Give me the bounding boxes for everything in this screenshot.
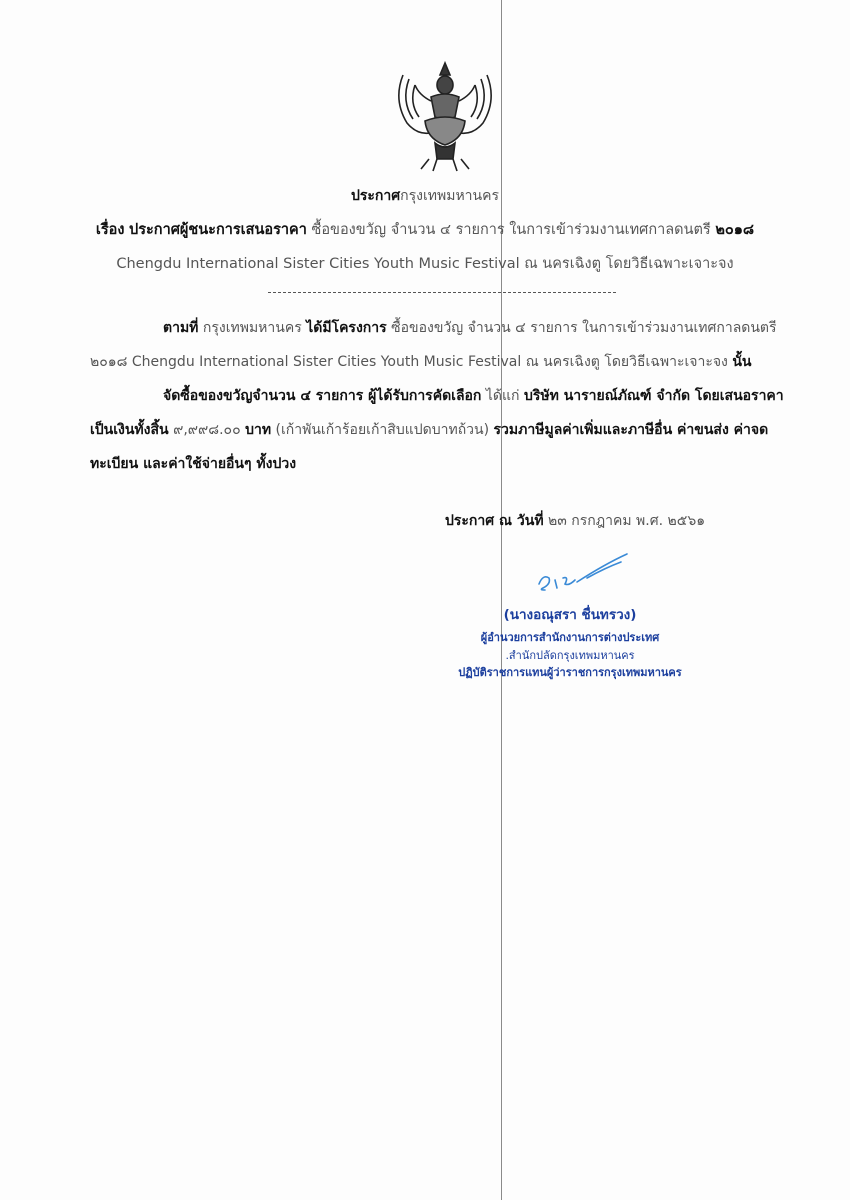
- currency-label: บาท: [245, 422, 271, 438]
- date-label: ประกาศ ณ วันที่: [445, 513, 544, 529]
- date-value: ๒๓ กรกฎาคม พ.ศ. ๒๕๖๑: [548, 513, 705, 529]
- subject-year: ๒๐๑๘: [715, 222, 754, 238]
- subject-line-2-text: Chengdu International Sister Cities Yout…: [116, 256, 733, 272]
- signatory-position-3: ปฏิบัติราชการแทนผู้ว่าราชการกรุงเทพมหานค…: [420, 663, 720, 681]
- body-text-bold: ทะเบียน และค่าใช้จ่ายอื่นๆ ทั้งปวง: [90, 456, 296, 472]
- dashed-divider: [268, 292, 616, 293]
- signatory-position-2: .สำนักปลัดกรุงเทพมหานคร: [420, 646, 720, 664]
- body-text-bold: ตามที่: [163, 320, 198, 336]
- body-line-3: จัดซื้อของขวัญจำนวน ๔ รายการ ผู้ได้รับกา…: [163, 386, 784, 406]
- body-text: กรุงเทพมหานคร: [203, 320, 302, 336]
- subject-text: ซื้อของขวัญ จำนวน ๔ รายการ ในการเข้าร่วม…: [312, 222, 711, 238]
- announcement-date: ประกาศ ณ วันที่ ๒๓ กรกฎาคม พ.ศ. ๒๕๖๑: [445, 511, 705, 531]
- garuda-emblem-icon: [385, 55, 505, 175]
- body-text-bold: นั้น: [732, 354, 751, 370]
- body-text: ๒๐๑๘ Chengdu International Sister Cities…: [90, 354, 728, 370]
- body-text: ได้แก่: [486, 388, 520, 404]
- handwritten-signature-icon: [535, 548, 635, 598]
- subject-line-2: Chengdu International Sister Cities Yout…: [0, 254, 850, 274]
- signatory-name: (นางอณุสรา ชื่นทรวง): [420, 603, 720, 625]
- price-amount-text: (เก้าพันเก้าร้อยเก้าสิบแปดบาทถ้วน): [276, 422, 490, 438]
- page-fold-line: [501, 0, 502, 1200]
- body-line-4: เป็นเงินทั้งสิ้น ๙,๙๙๘.๐๐ บาท (เก้าพันเก…: [90, 420, 768, 440]
- title-bold: ประกาศ: [351, 188, 400, 204]
- body-line-5: ทะเบียน และค่าใช้จ่ายอื่นๆ ทั้งปวง: [90, 454, 296, 474]
- announcement-title: ประกาศกรุงเทพมหานคร: [0, 186, 850, 206]
- subject-bold: ประกาศผู้ชนะการเสนอราคา: [129, 222, 307, 238]
- price-amount: ๙,๙๙๘.๐๐: [173, 422, 241, 438]
- body-line-2: ๒๐๑๘ Chengdu International Sister Cities…: [90, 352, 751, 372]
- subject-line: เรื่อง ประกาศผู้ชนะการเสนอราคา ซื้อของขว…: [0, 220, 850, 240]
- body-line-1: ตามที่ กรุงเทพมหานคร ได้มีโครงการ ซื้อขอ…: [163, 318, 777, 338]
- body-text-bold: จัดซื้อของขวัญจำนวน ๔ รายการ ผู้ได้รับกา…: [163, 388, 481, 404]
- body-text-bold: รวมภาษีมูลค่าเพิ่มและภาษีอื่น ค่าขนส่ง ค…: [494, 422, 769, 438]
- title-org: กรุงเทพมหานคร: [400, 188, 499, 204]
- body-text: ซื้อของขวัญ จำนวน ๔ รายการ ในการเข้าร่วม…: [391, 320, 776, 336]
- subject-label: เรื่อง: [96, 222, 125, 238]
- body-text-bold: เป็นเงินทั้งสิ้น: [90, 422, 169, 438]
- winner-company: บริษัท นารายณ์ภัณฑ์ จำกัด โดยเสนอราคา: [524, 388, 784, 404]
- signatory-position-1: ผู้อำนวยการสำนักงานการต่างประเทศ: [420, 628, 720, 646]
- body-text-bold: ได้มีโครงการ: [306, 320, 386, 336]
